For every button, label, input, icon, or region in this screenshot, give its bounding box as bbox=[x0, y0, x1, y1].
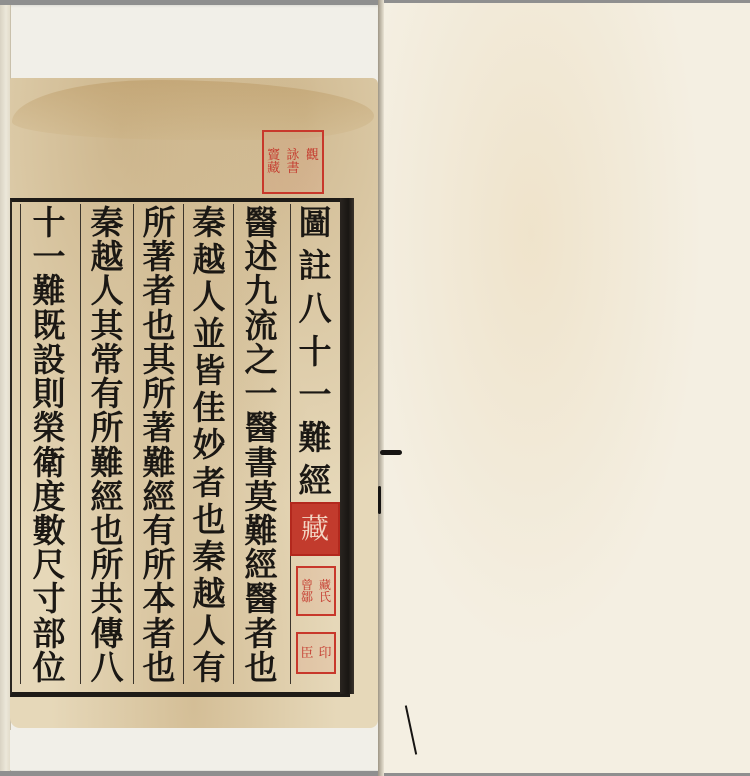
glyph: 者 bbox=[193, 466, 226, 499]
seal-glyph: 觀 bbox=[303, 149, 322, 162]
glyph: 所 bbox=[143, 377, 176, 410]
glyph: 十 bbox=[299, 335, 332, 368]
book-spread: 圖註八十一難經序 醫述九流之一醫書莫難經醫者也 秦越人並皆佳妙者也秦越人有 所著… bbox=[0, 0, 750, 776]
glyph: 難 bbox=[143, 446, 176, 479]
collector-seal-bottom: 臣印 bbox=[296, 632, 336, 674]
glyph: 有 bbox=[193, 651, 226, 684]
glyph: 尺 bbox=[33, 548, 66, 581]
glyph: 九 bbox=[245, 274, 278, 307]
glyph: 述 bbox=[245, 240, 278, 273]
collector-seal-solid: 藏 bbox=[290, 502, 340, 556]
glyph: 秦 bbox=[193, 206, 226, 239]
glyph: 衛 bbox=[33, 446, 66, 479]
glyph: 八 bbox=[299, 292, 332, 325]
glyph: 所 bbox=[143, 548, 176, 581]
glyph: 其 bbox=[143, 343, 176, 376]
glyph: 傳 bbox=[91, 617, 124, 650]
ink-mark bbox=[378, 486, 381, 514]
seal-glyph: 氏 bbox=[316, 591, 334, 603]
glyph: 並 bbox=[193, 317, 226, 350]
seal-glyph: 書 bbox=[283, 162, 302, 175]
glyph: 者 bbox=[143, 274, 176, 307]
text-column-2: 醫述九流之一醫書莫難經醫者也 bbox=[238, 206, 284, 684]
collector-seal-top: 竇詠觀藏書 bbox=[262, 130, 324, 194]
column-rule bbox=[133, 204, 134, 684]
glyph: 難 bbox=[245, 514, 278, 547]
glyph: 部 bbox=[33, 617, 66, 650]
glyph: 者 bbox=[245, 617, 278, 650]
glyph: 莫 bbox=[245, 480, 278, 513]
text-column-3: 秦越人並皆佳妙者也秦越人有 bbox=[186, 206, 232, 684]
glyph: 醫 bbox=[245, 582, 278, 615]
glyph: 流 bbox=[245, 309, 278, 342]
glyph: 妙 bbox=[193, 428, 226, 461]
text-column-5: 秦越人其常有所難經也所共傳八 bbox=[84, 206, 130, 684]
glyph: 常 bbox=[91, 343, 124, 376]
column-rule bbox=[20, 204, 21, 684]
glyph: 也 bbox=[91, 514, 124, 547]
column-rule bbox=[233, 204, 234, 684]
glyph: 既 bbox=[33, 309, 66, 342]
glyph: 也 bbox=[143, 309, 176, 342]
glyph: 有 bbox=[91, 377, 124, 410]
text-column-4: 所著者也其所著難經有所本者也 bbox=[136, 206, 182, 684]
book-gutter bbox=[378, 0, 384, 776]
ink-mark bbox=[380, 450, 402, 455]
glyph: 一 bbox=[245, 377, 278, 410]
glyph: 越 bbox=[193, 243, 226, 276]
glyph: 其 bbox=[91, 309, 124, 342]
glyph: 書 bbox=[245, 446, 278, 479]
glyph: 十 bbox=[33, 206, 66, 239]
glyph: 共 bbox=[91, 582, 124, 615]
glyph: 寸 bbox=[33, 582, 66, 615]
glyph: 越 bbox=[193, 577, 226, 610]
glyph: 所 bbox=[91, 411, 124, 444]
glyph: 醫 bbox=[245, 411, 278, 444]
glyph: 榮 bbox=[33, 411, 66, 444]
glyph: 位 bbox=[33, 651, 66, 684]
glyph: 也 bbox=[143, 651, 176, 684]
glyph: 越 bbox=[91, 240, 124, 273]
glyph: 者 bbox=[143, 617, 176, 650]
frame-right-border bbox=[340, 198, 354, 694]
glyph: 著 bbox=[143, 411, 176, 444]
glyph: 之 bbox=[245, 343, 278, 376]
glyph: 難 bbox=[33, 274, 66, 307]
glyph: 一 bbox=[299, 378, 332, 411]
glyph: 註 bbox=[299, 249, 332, 282]
glyph: 也 bbox=[245, 651, 278, 684]
glyph: 人 bbox=[193, 280, 226, 313]
glyph: 所 bbox=[91, 548, 124, 581]
glyph: 人 bbox=[91, 274, 124, 307]
glyph: 圖 bbox=[299, 206, 332, 239]
seal-glyph: 藏 bbox=[264, 162, 283, 175]
glyph: 也 bbox=[193, 503, 226, 536]
glyph: 難 bbox=[91, 446, 124, 479]
glyph: 佳 bbox=[193, 391, 226, 424]
glyph: 數 bbox=[33, 514, 66, 547]
glyph: 設 bbox=[33, 343, 66, 376]
column-rule bbox=[290, 204, 291, 684]
glyph: 經 bbox=[143, 480, 176, 513]
title-column: 圖註八十一難經序 bbox=[292, 206, 338, 506]
glyph: 秦 bbox=[193, 540, 226, 573]
glyph: 人 bbox=[193, 614, 226, 647]
collector-seal-middle: 曾藏鄒氏 bbox=[296, 566, 336, 616]
column-rule bbox=[183, 204, 184, 684]
text-column-6: 十一難既設則榮衛度數尺寸部位 bbox=[26, 206, 72, 684]
right-blank-page bbox=[382, 3, 750, 773]
glyph: 秦 bbox=[91, 206, 124, 239]
glyph: 本 bbox=[143, 582, 176, 615]
seal-glyph: 印 bbox=[316, 647, 334, 660]
glyph: 經 bbox=[299, 464, 332, 497]
glyph: 有 bbox=[143, 514, 176, 547]
glyph: 著 bbox=[143, 240, 176, 273]
seal-glyph: 鄒 bbox=[298, 591, 316, 603]
glyph: 八 bbox=[91, 651, 124, 684]
glyph: 所 bbox=[143, 206, 176, 239]
glyph: 難 bbox=[299, 421, 332, 454]
glyph: 醫 bbox=[245, 206, 278, 239]
glyph: 皆 bbox=[193, 354, 226, 387]
seal-glyph: 臣 bbox=[298, 647, 316, 660]
bottom-backing-strip bbox=[10, 730, 382, 770]
glyph: 一 bbox=[33, 240, 66, 273]
column-rule bbox=[80, 204, 81, 684]
glyph: 則 bbox=[33, 377, 66, 410]
glyph: 經 bbox=[245, 548, 278, 581]
glyph: 經 bbox=[91, 480, 124, 513]
glyph: 度 bbox=[33, 480, 66, 513]
